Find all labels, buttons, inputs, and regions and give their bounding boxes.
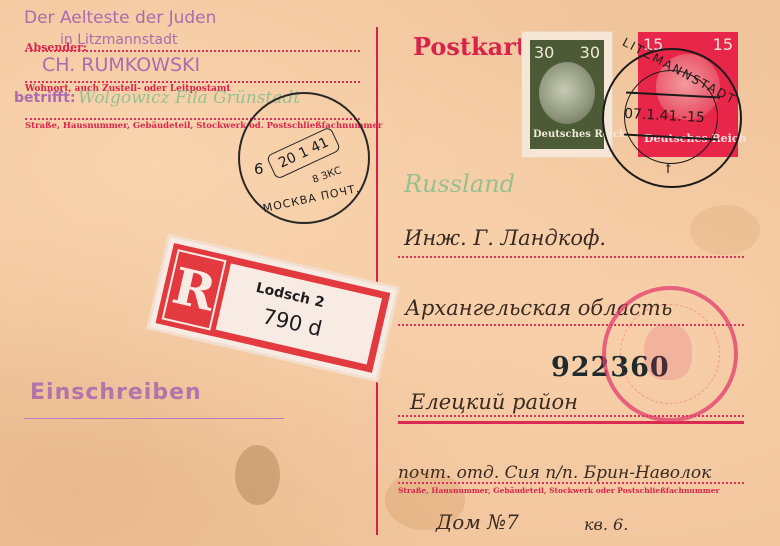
- portrait-medallion: [539, 62, 595, 124]
- paper-stain: [690, 205, 760, 255]
- address-line-3: Елецкий район: [410, 390, 578, 414]
- label-street-right: Straße, Hausnummer, Gebäudeteil, Stockwe…: [398, 486, 719, 495]
- stamp-30-pfennig: 30 30 Deutsches Reich: [522, 32, 612, 157]
- postcard: Der Aelteste der Juden in Litzmannstadt …: [0, 0, 780, 546]
- registered-stamp: Einschreiben: [30, 380, 202, 405]
- postmark-moscow-city: МОСКВА ПОЧТ.: [262, 182, 361, 215]
- postmark-litzmannstadt: LITZMANNSTADT 07.1.41.-15 f: [602, 48, 742, 188]
- postmark-moscow-code: 6: [254, 160, 264, 178]
- postmark-moscow-sub: 8 ЗКС: [311, 165, 343, 186]
- postmark-moscow: 20 1 41 6 8 ЗКС МОСКВА ПОЧТ.: [238, 92, 370, 224]
- sender-stamp-line-1: Der Aelteste der Juden: [24, 8, 216, 28]
- dotted-line: [398, 256, 744, 258]
- vertical-divider: [376, 27, 378, 535]
- sender-stamp-line-3: CH. RUMKOWSKI: [42, 54, 200, 76]
- dotted-line: [25, 81, 360, 83]
- stamp-30-value-left: 30: [534, 43, 554, 62]
- postmark-litzmannstadt-suffix: f: [666, 162, 671, 177]
- stamp-30-value-right: 30: [580, 43, 600, 62]
- address-line-1: Инж. Г. Ландкоф.: [404, 226, 606, 250]
- label-sender: Absender:: [25, 41, 87, 54]
- registration-label: R Lodsch 2 790 d: [150, 237, 397, 379]
- address-line-5: Дом №7: [436, 510, 519, 534]
- label-regarding: betrifft:: [14, 90, 76, 106]
- handwritten-country: Russland: [404, 170, 515, 198]
- paper-stain: [235, 445, 280, 505]
- dotted-line: [25, 50, 360, 52]
- stamp-15-value-right: 15: [713, 35, 733, 54]
- registration-letter: R: [168, 261, 220, 319]
- dotted-line: [398, 482, 744, 484]
- address-line-5b: кв. 6.: [584, 515, 628, 534]
- censor-stamp-emblem: [644, 324, 692, 380]
- registered-stamp-underline: [24, 418, 284, 419]
- solid-line: [398, 421, 744, 424]
- address-line-4: почт. отд. Сия п/п. Брин-Наволок: [398, 463, 711, 483]
- censor-stamp: [602, 286, 738, 422]
